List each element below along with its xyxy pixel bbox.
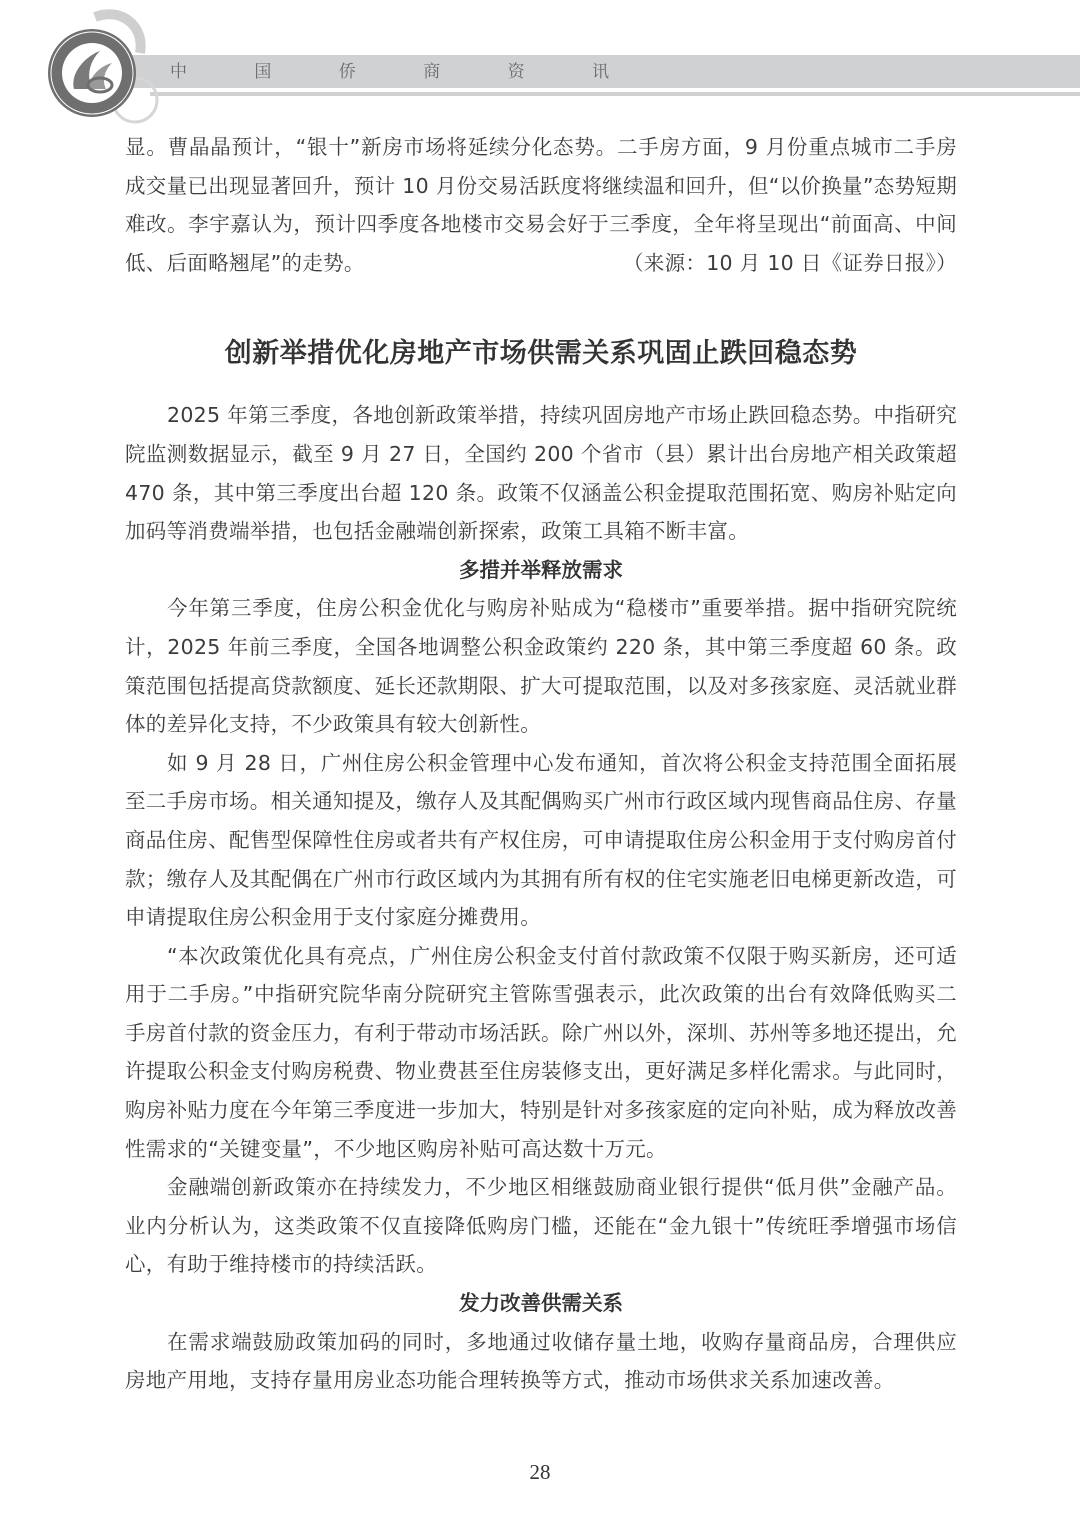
organization-logo-icon: [40, 5, 160, 125]
page-content: 显。曹晶晶预计，“银十”新房市场将延续分化态势。二手房方面，9 月份重点城市二手…: [125, 128, 957, 1400]
article-intro: 2025 年第三季度，各地创新政策举措，持续巩固房地产市场止跌回稳态势。中指研究…: [125, 396, 957, 550]
header-divider: [150, 92, 1080, 96]
article-title: 创新举措优化房地产市场供需关系巩固止跌回稳态势: [125, 334, 957, 374]
section-paragraph: “本次政策优化具有亮点，广州住房公积金支付首付款政策不仅限于购买新房，还可适用于…: [125, 937, 957, 1169]
section-paragraph: 在需求端鼓励政策加码的同时，多地通过收储存量土地，收购存量商品房，合理供应房地产…: [125, 1323, 957, 1400]
section-heading: 多措并举释放需求: [125, 551, 957, 590]
section-paragraph: 金融端创新政策亦在持续发力，不少地区相继鼓励商业银行提供“低月供”金融产品。业内…: [125, 1168, 957, 1284]
section-paragraph: 今年第三季度，住房公积金优化与购房补贴成为“稳楼市”重要举措。据中指研究院统计，…: [125, 589, 957, 743]
publication-title: 中 国 侨 商 资 讯: [170, 58, 640, 86]
section-heading: 发力改善供需关系: [125, 1284, 957, 1323]
section-paragraph: 如 9 月 28 日，广州住房公积金管理中心发布通知，首次将公积金支持范围全面拓…: [125, 744, 957, 937]
page-number: 28: [0, 1460, 1080, 1485]
